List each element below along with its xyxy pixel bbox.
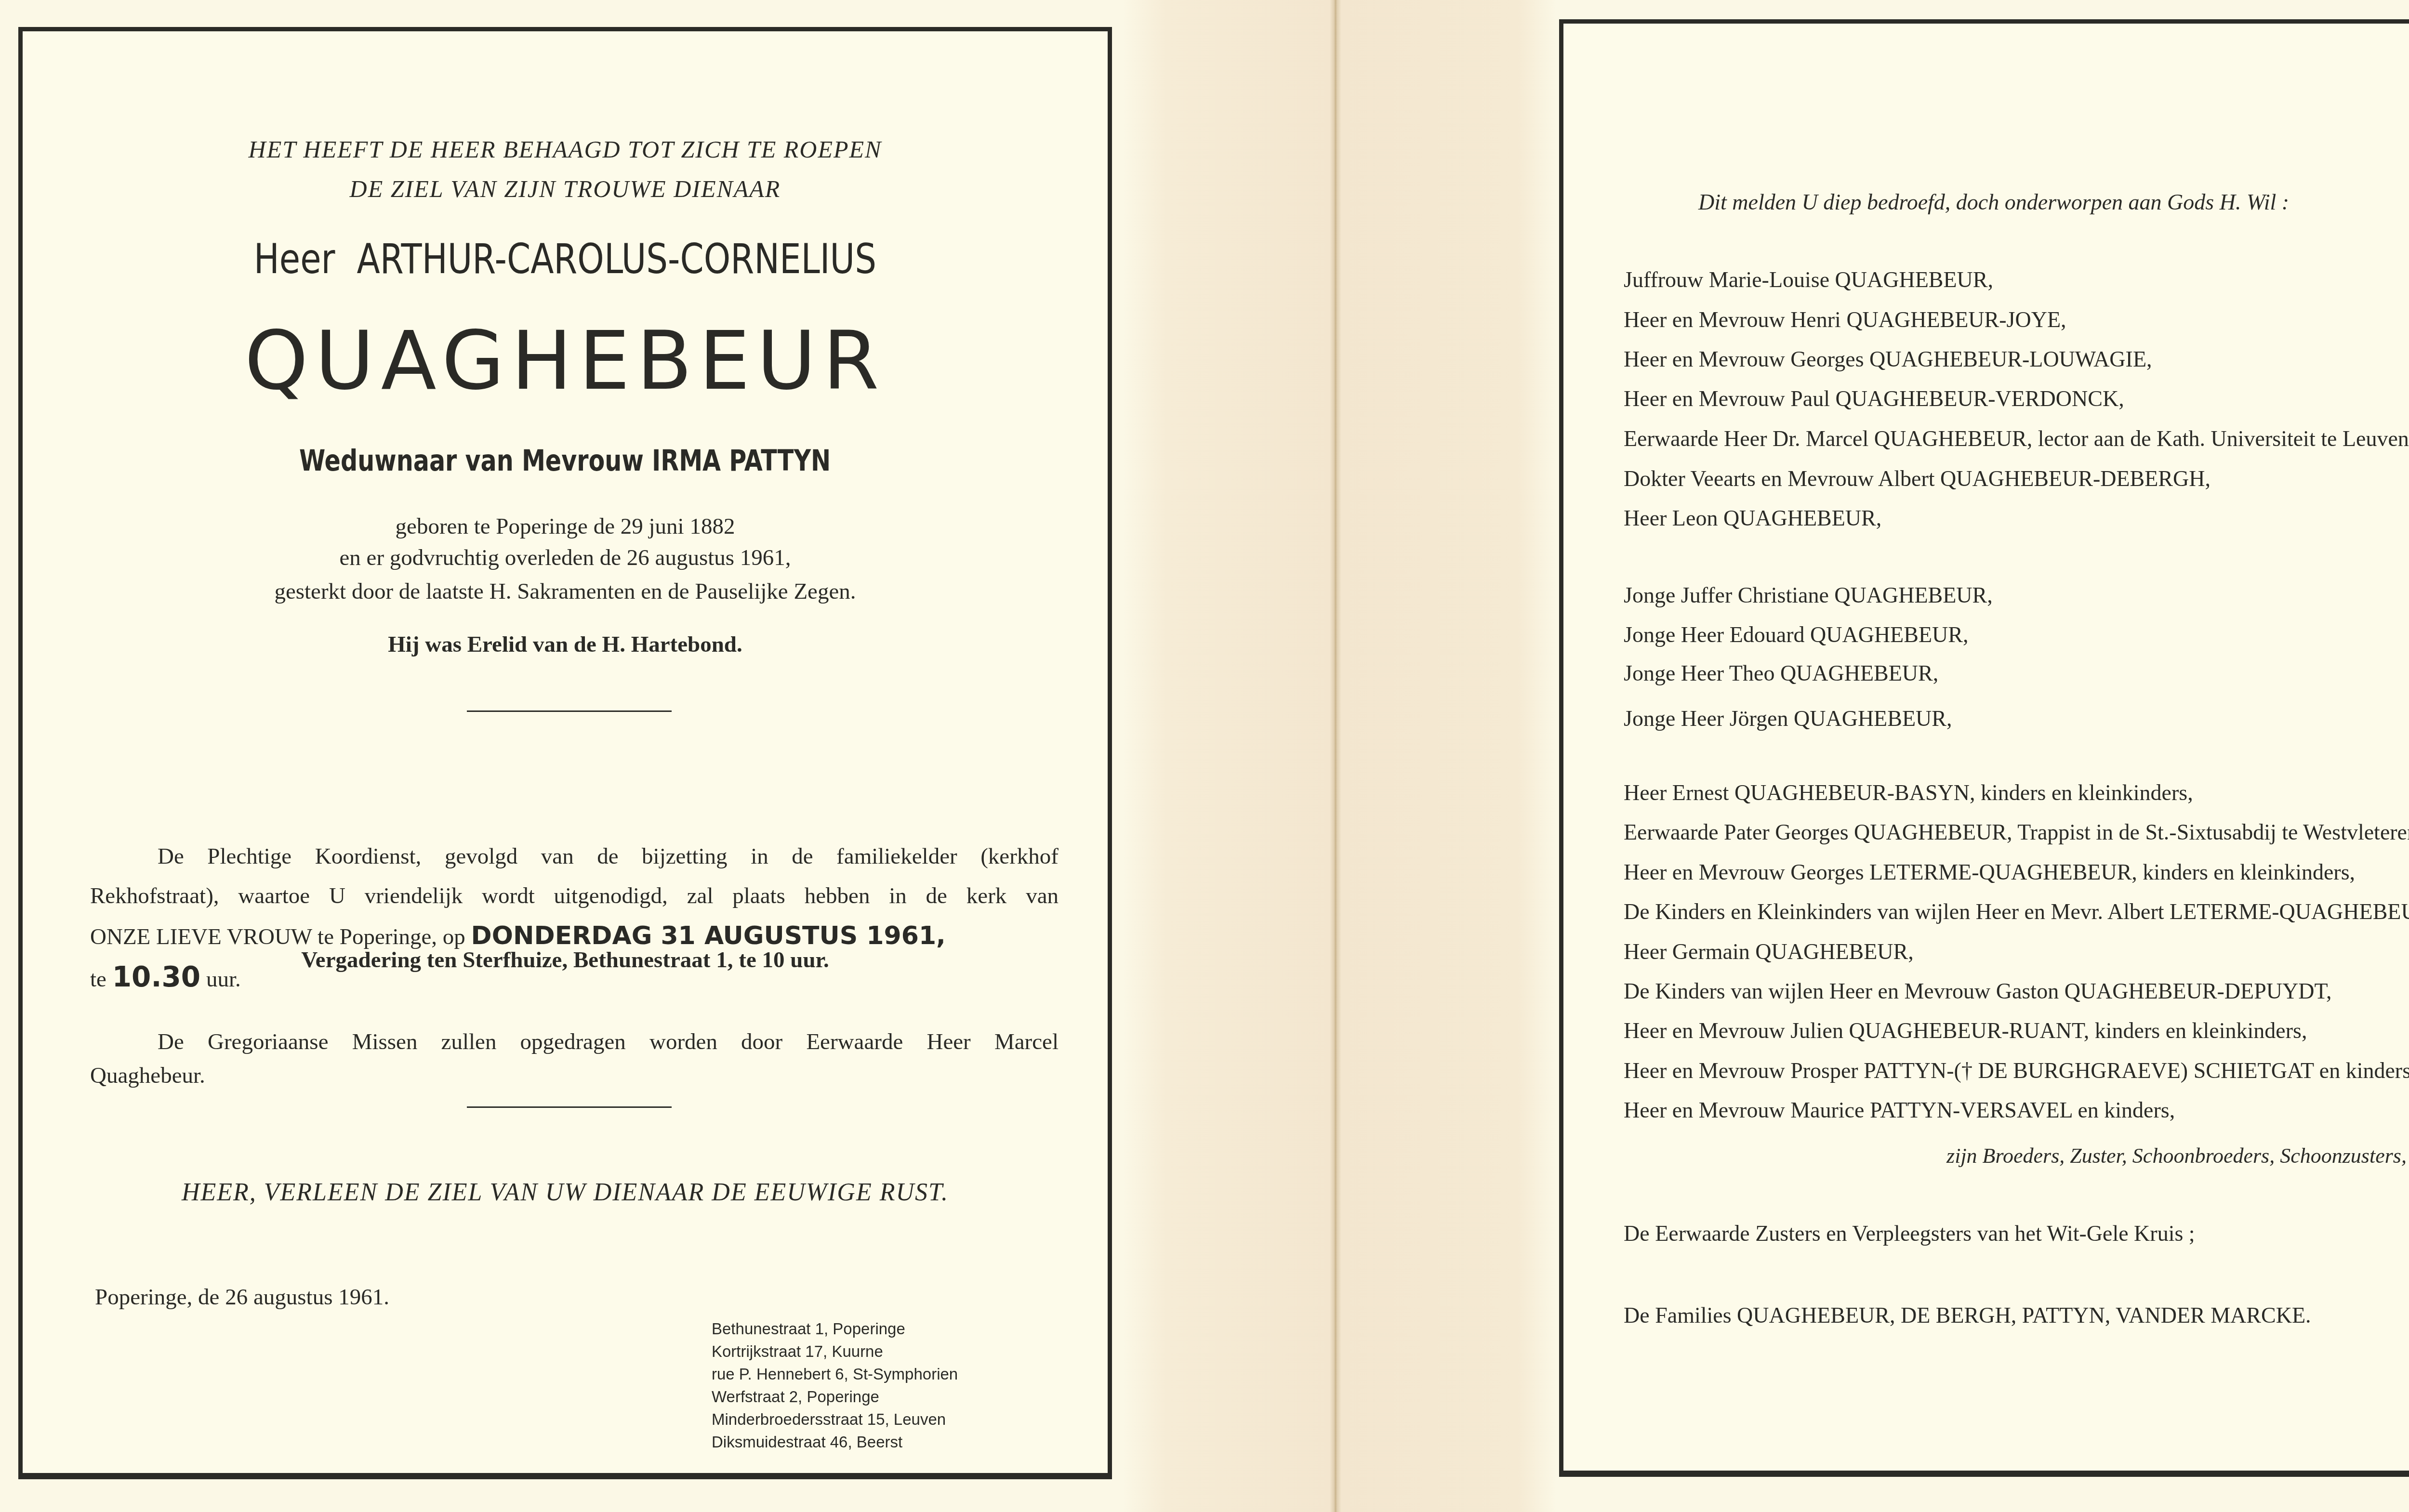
intro-line-2: DE ZIEL VAN ZIJN TROUWE DIENAAR <box>23 177 1108 201</box>
families-line: De Families QUAGHEBEUR, DE BERGH, PATTYN… <box>1624 1302 2311 1328</box>
deceased-full-name-line: Heer ARTHUR-CAROLUS-CORNELIUS <box>23 238 1108 280</box>
list-item: Dokter Veearts en Mevrouw Albert QUAGHEB… <box>1624 466 2210 491</box>
left-page-frame: HET HEEFT DE HEER BEHAAGD TOT ZICH TE RO… <box>18 27 1112 1479</box>
list-item: Eerwaarde Heer Dr. Marcel QUAGHEBEUR, le… <box>1624 426 2409 451</box>
address-line: Minderbroedersstraat 15, Leuven <box>712 1408 946 1431</box>
given-names: ARTHUR-CAROLUS-CORNELIUS <box>357 235 877 283</box>
birth-line: geboren te Poperinge de 29 juni 1882 <box>23 515 1108 538</box>
list-item: Heer en Mevrouw Maurice PATTYN-VERSAVEL … <box>1624 1097 2175 1123</box>
list-item: Jonge Heer Theo QUAGHEBEUR, <box>1624 660 1938 686</box>
masses-line-1: De Gregoriaanse Missen zullen opgedragen… <box>158 1031 1059 1053</box>
service-line-3: ONZE LIEVE VROUW te Poperinge, op DONDER… <box>90 923 1059 948</box>
list-item: De Kinders van wijlen Heer en Mevrouw Ga… <box>1624 978 2332 1004</box>
address-line: Kortrijkstraat 17, Kuurne <box>712 1340 883 1363</box>
list-item: Heer Germain QUAGHEBEUR, <box>1624 939 1914 964</box>
list-item: Heer en Mevrouw Henri QUAGHEBEUR-JOYE, <box>1624 307 2066 332</box>
list-item: Juffrouw Marie-Louise QUAGHEBEUR, <box>1624 267 1993 292</box>
list-item: Heer Ernest QUAGHEBEUR-BASYN, kinders en… <box>1624 780 2193 805</box>
prayer-line: HEER, VERLEEN DE ZIEL VAN UW DIENAAR DE … <box>23 1180 1108 1205</box>
sacraments-line: gesterkt door de laatste H. Sakramenten … <box>23 580 1108 603</box>
gathering-line: Vergadering ten Sterfhuize, Bethunestraa… <box>23 949 1108 972</box>
right-page-frame: Dit melden U diep bedroefd, doch onderwo… <box>1559 19 2409 1477</box>
divider-2 <box>467 1106 672 1108</box>
center-fold <box>1334 0 1337 1512</box>
service-line-1: De Plechtige Koordienst, gevolgd van de … <box>158 845 1059 868</box>
sisters-line: De Eerwaarde Zusters en Verpleegsters va… <box>1624 1221 2195 1246</box>
list-item: Heer en Mevrouw Georges QUAGHEBEUR-LOUWA… <box>1624 346 2152 372</box>
list-item: De Kinders en Kleinkinders van wijlen He… <box>1624 899 2409 924</box>
list-item: Heer en Mevrouw Prosper PATTYN-(† DE BUR… <box>1624 1058 2409 1083</box>
honorary-line: Hij was Erelid van de H. Hartebond. <box>23 633 1108 656</box>
list-item: Jonge Juffer Christiane QUAGHEBEUR, <box>1624 582 1993 608</box>
widower-line: Weduwnaar van Mevrouw IRMA PATTYN <box>23 447 1108 475</box>
list-item: Heer en Mevrouw Julien QUAGHEBEUR-RUANT,… <box>1624 1018 2307 1043</box>
list-item: Heer en Mevrouw Paul QUAGHEBEUR-VERDONCK… <box>1624 386 2124 411</box>
address-line: Diksmuidestraat 46, Beerst <box>712 1431 902 1453</box>
address-line: rue P. Hennebert 6, St-Symphorien <box>712 1363 958 1385</box>
divider-1 <box>467 710 672 712</box>
relatives-label: zijn Broeders, Zuster, Schoonbroeders, S… <box>1946 1144 2409 1168</box>
death-line: en er godvruchtig overleden de 26 august… <box>23 547 1108 569</box>
list-item: Heer en Mevrouw Georges LETERME-QUAGHEBE… <box>1624 859 2355 885</box>
intro-line-1: HET HEEFT DE HEER BEHAAGD TOT ZICH TE RO… <box>23 137 1108 161</box>
service-line-2: Rekhofstraat), waartoe U vriendelijk wor… <box>90 885 1059 907</box>
address-line: Bethunestraat 1, Poperinge <box>712 1317 905 1340</box>
surname-heading: QUAGHEBEUR <box>23 320 1108 401</box>
masses-line-2: Quaghebeur. <box>90 1065 205 1087</box>
title-prefix: Heer <box>254 235 335 283</box>
service-date: DONDERDAG 31 AUGUSTUS 1961, <box>471 921 946 950</box>
list-item: Heer Leon QUAGHEBEUR, <box>1624 505 1881 531</box>
list-item: Eerwaarde Pater Georges QUAGHEBEUR, Trap… <box>1624 819 2409 845</box>
place-date: Poperinge, de 26 augustus 1961. <box>95 1286 389 1309</box>
announcement-line: Dit melden U diep bedroefd, doch onderwo… <box>1698 191 2289 213</box>
list-item: Jonge Heer Edouard QUAGHEBEUR, <box>1624 622 1968 647</box>
address-line: Werfstraat 2, Poperinge <box>712 1385 879 1408</box>
list-item: Jonge Heer Jörgen QUAGHEBEUR, <box>1624 706 1952 731</box>
